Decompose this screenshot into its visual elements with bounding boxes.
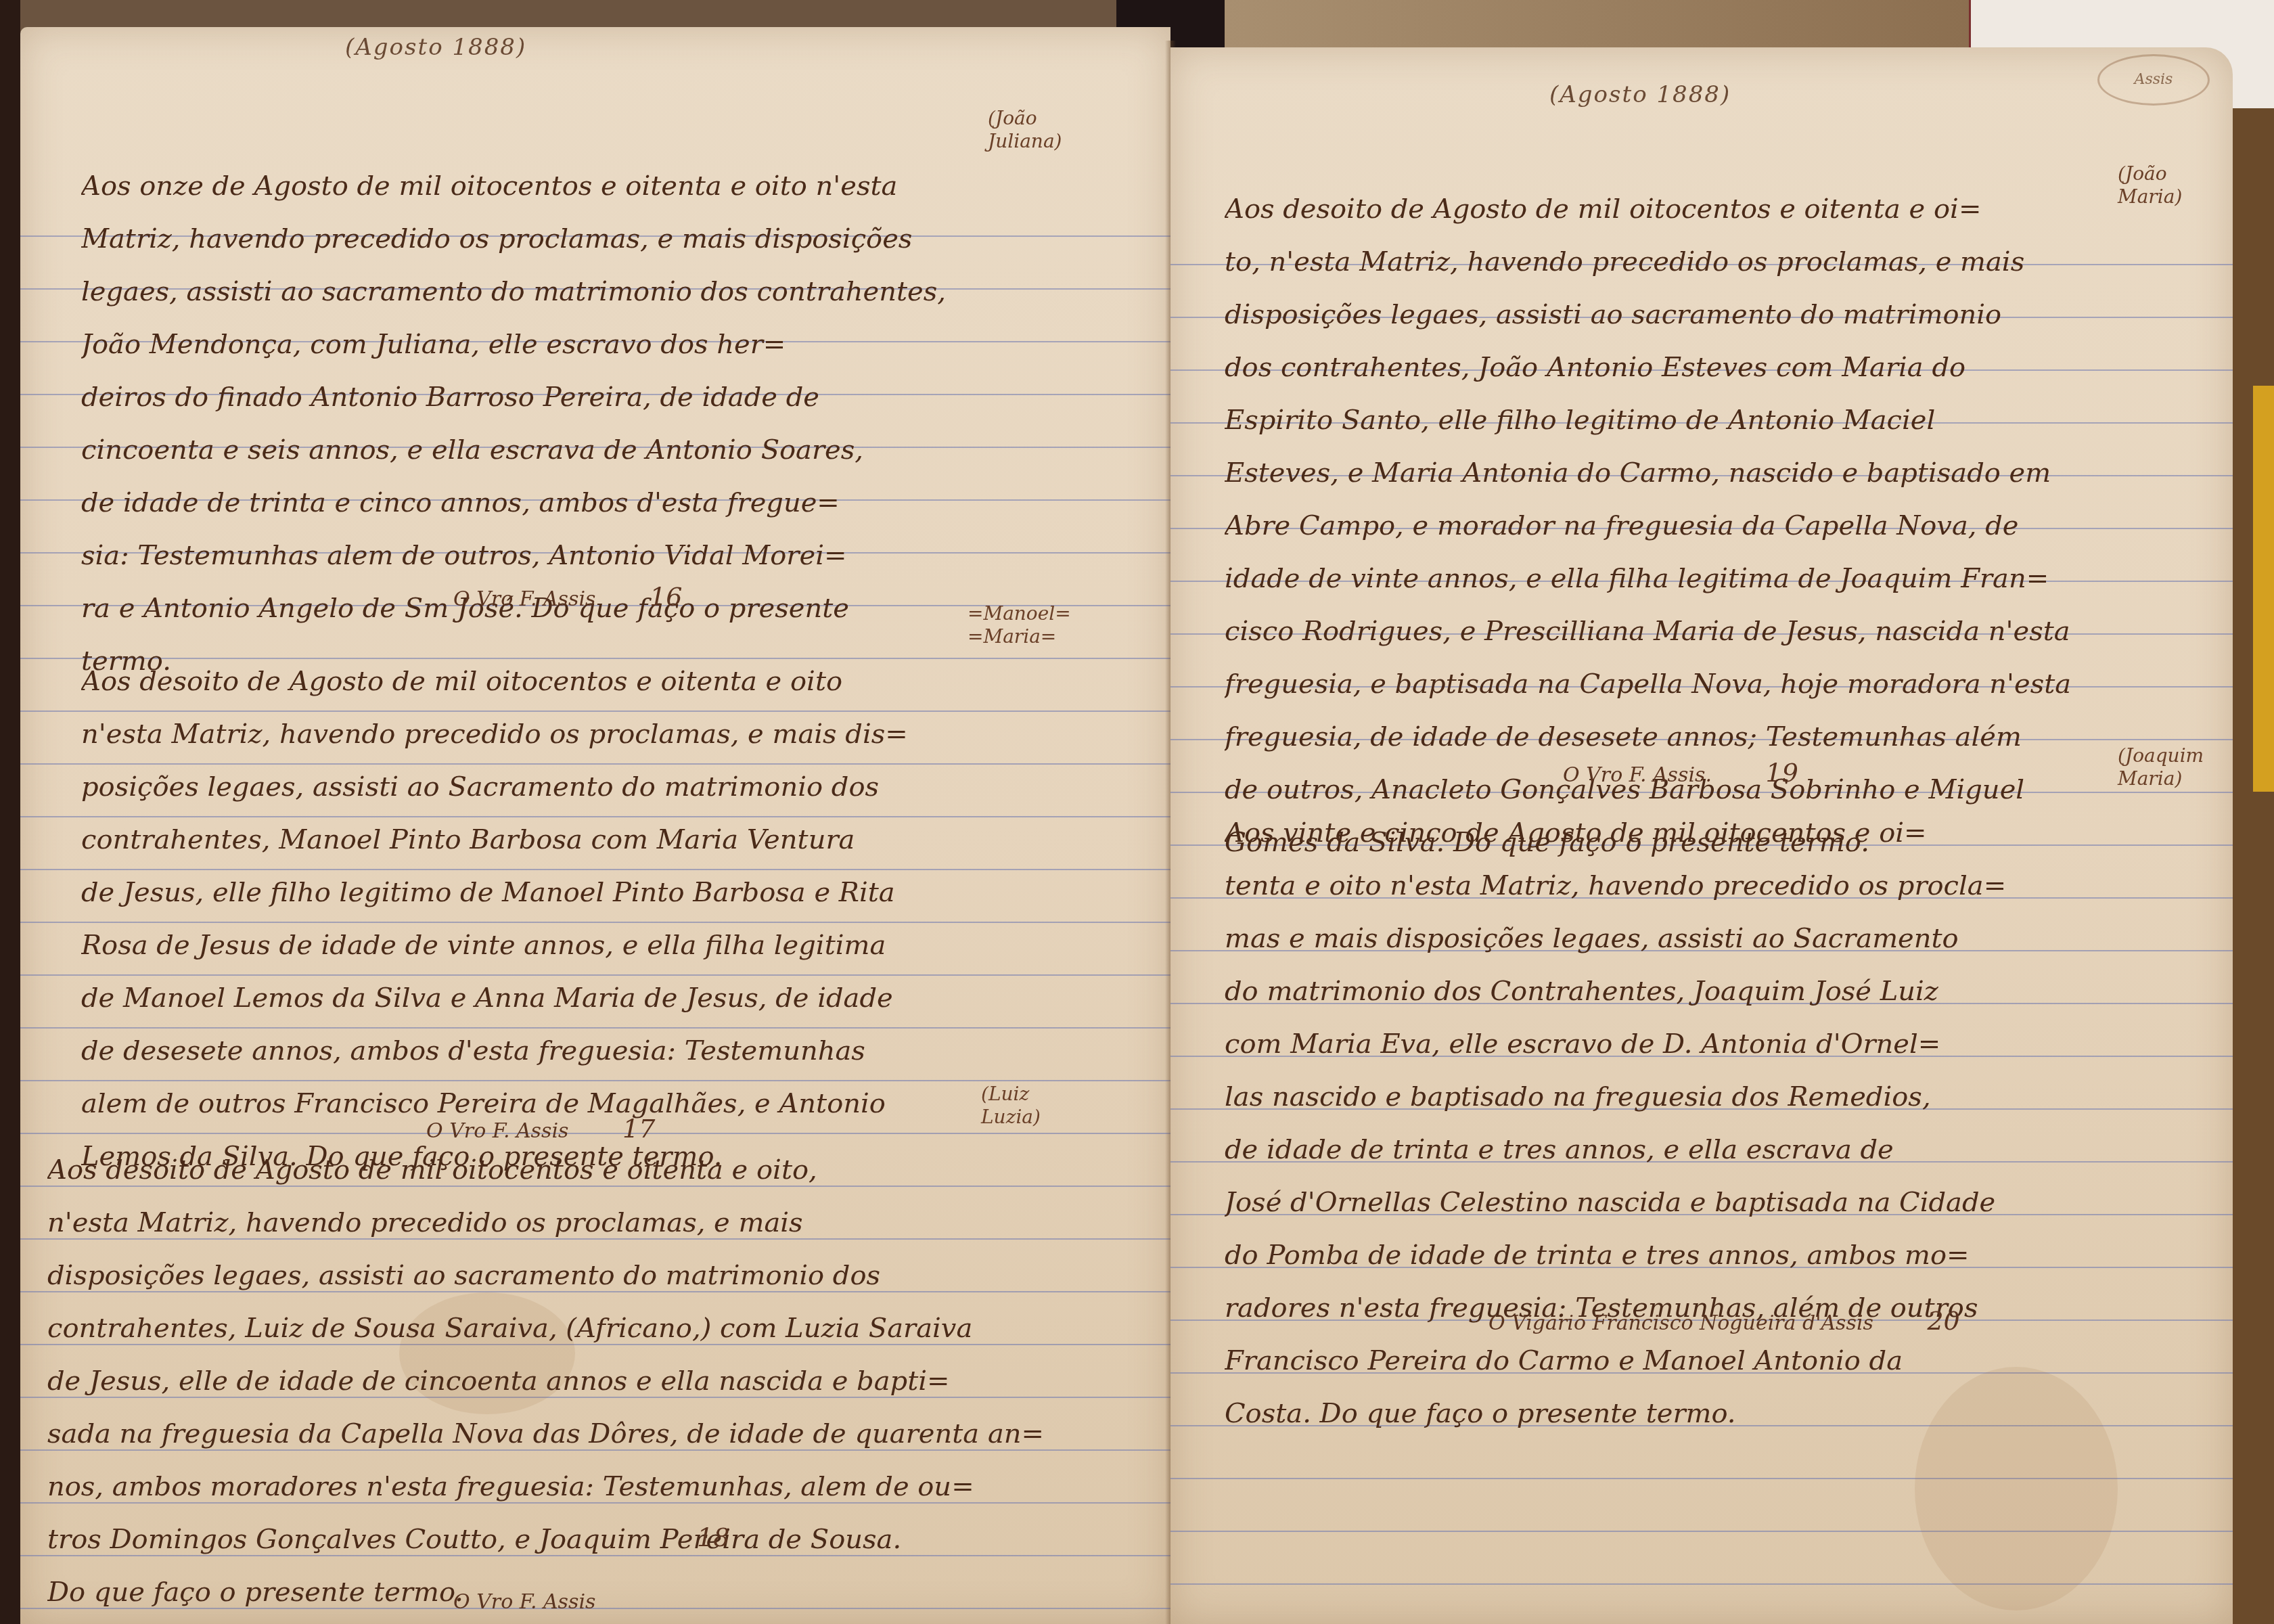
entry-line: freguesia, e baptisada na Capella Nova, … — [1225, 658, 2192, 710]
entry-number: 20 — [1927, 1306, 1959, 1336]
entry-line: tros Domingos Gonçalves Coutto, e Joaqui… — [47, 1513, 1130, 1566]
priest-signature: O Vro F. Assis — [453, 1590, 595, 1614]
entry-line: n'esta Matriz, havendo precedido os proc… — [81, 708, 1130, 761]
signature-17: O Vro F. Assis 17 — [426, 1114, 655, 1144]
entry-number: 16 — [650, 582, 682, 612]
entry-line: Aos desoito de Agosto de mil oitocentos … — [1225, 183, 2192, 235]
entry-line: legaes, assisti ao sacramento do matrimo… — [81, 265, 1130, 318]
entry-number: 17 — [622, 1114, 655, 1144]
margin-note-line: =Manoel= — [968, 602, 1071, 625]
entry-line: dos contrahentes, João Antonio Esteves c… — [1225, 341, 2192, 394]
entry-line: de Jesus, elle de idade de cincoenta ann… — [47, 1355, 1130, 1407]
book-cover-edge — [0, 0, 20, 1624]
margin-note-line: Maria) — [2118, 767, 2204, 790]
entry-line: sada na freguesia da Capella Nova das Dô… — [47, 1407, 1130, 1460]
entry-line: José d'Ornellas Celestino nascida e bapt… — [1225, 1176, 2192, 1229]
entry-line: freguesia, de idade de desesete annos; T… — [1225, 710, 2192, 763]
entry-line: de idade de trinta e tres annos, e ella … — [1225, 1123, 2192, 1176]
entry-line: tenta e oito n'esta Matriz, havendo prec… — [1225, 859, 2192, 912]
entry-line: contrahentes, Manoel Pinto Barbosa com M… — [81, 813, 1130, 866]
entry-line: to, n'esta Matriz, havendo precedido os … — [1225, 235, 2192, 288]
margin-note-line: (Luiz — [981, 1083, 1041, 1106]
background-card — [1969, 0, 2274, 54]
priest-signature: O Vro F. Assis — [453, 587, 595, 611]
entry-line: Aos onze de Agosto de mil oitocentos e o… — [81, 160, 1130, 212]
signature-16: O Vro F. Assis 16 — [453, 582, 682, 612]
entry-line: Aos desoito de Agosto de mil oitocentos … — [81, 655, 1130, 708]
register-entry-18: Aos desoito de Agosto de mil oitocentos … — [47, 1144, 1130, 1619]
entry-line: Rosa de Jesus de idade de vinte annos, e… — [81, 919, 1130, 972]
entry-line: Espirito Santo, elle filho legitimo de A… — [1225, 394, 2192, 447]
seal-stamp: Assis — [2097, 54, 2210, 106]
priest-signature: O Vigario Francisco Nogueira d'Assis — [1488, 1311, 1873, 1335]
entry-line: Francisco Pereira do Carmo e Manoel Anto… — [1225, 1334, 2192, 1387]
left-page: (Agosto 1888) (João Juliana) Aos onze de… — [20, 27, 1170, 1624]
signature-19: O Vro F. Assis. 19 — [1563, 758, 1798, 788]
entry-number: 19 — [1765, 758, 1798, 788]
entry-number-18: 18 — [697, 1522, 729, 1552]
background-edge — [2229, 108, 2274, 1624]
entry-line: de desesete annos, ambos d'esta freguesi… — [81, 1024, 1130, 1077]
entry-line: Aos vinte e cinco de Agosto de mil oitoc… — [1225, 807, 2192, 859]
entry-line: mas e mais disposições legaes, assisti a… — [1225, 912, 2192, 965]
margin-note: (Joaquim Maria) — [2118, 744, 2204, 790]
signature-18: O Vro F. Assis — [453, 1590, 595, 1614]
entry-line: Aos desoito de Agosto de mil oitocentos … — [47, 1144, 1130, 1196]
entry-line: nos, ambos moradores n'esta freguesia: T… — [47, 1460, 1130, 1513]
margin-note-line: Juliana) — [988, 130, 1062, 153]
margin-note-line: (João — [988, 107, 1062, 130]
entry-line: deiros do finado Antonio Barroso Pereira… — [81, 371, 1130, 424]
entry-line: Esteves, e Maria Antonia do Carmo, nasci… — [1225, 447, 2192, 499]
entry-line: com Maria Eva, elle escravo de D. Antoni… — [1225, 1018, 2192, 1070]
margin-note-line: (Joaquim — [2118, 744, 2204, 767]
entry-line: contrahentes, Luiz de Sousa Saraiva, (Af… — [47, 1302, 1130, 1355]
entry-line: de Jesus, elle filho legitimo de Manoel … — [81, 866, 1130, 919]
entry-line: do matrimonio dos Contrahentes, Joaquim … — [1225, 965, 2192, 1018]
margin-note-line: (João — [2118, 162, 2182, 185]
margin-note: =Manoel= =Maria= — [968, 602, 1071, 648]
background-yellow-object — [2253, 386, 2274, 792]
entry-line: Matriz, havendo precedido os proclamas, … — [81, 212, 1130, 265]
page-header-date: (Agosto 1888) — [345, 34, 526, 61]
entry-line: João Mendonça, com Juliana, elle escravo… — [81, 318, 1130, 371]
entry-line: Abre Campo, e morador na freguesia da Ca… — [1225, 499, 2192, 552]
entry-line: cincoenta e seis annos, e ella escrava d… — [81, 424, 1130, 476]
entry-line: sia: Testemunhas alem de outros, Antonio… — [81, 529, 1130, 582]
entry-line: cisco Rodrigues, e Prescilliana Maria de… — [1225, 605, 2192, 658]
entry-line: idade de vinte annos, e ella filha legit… — [1225, 552, 2192, 605]
margin-note-line: =Maria= — [968, 625, 1071, 648]
priest-signature: O Vro F. Assis. — [1563, 763, 1712, 787]
entry-line: las nascido e baptisado na freguesia dos… — [1225, 1070, 2192, 1123]
entry-line: disposições legaes, assisti ao sacrament… — [47, 1249, 1130, 1302]
entry-line: Costa. Do que faço o presente termo. — [1225, 1387, 2192, 1440]
margin-note-line: Luzia) — [981, 1106, 1041, 1129]
entry-line: n'esta Matriz, havendo precedido os proc… — [47, 1196, 1130, 1249]
register-entry-17: Aos desoito de Agosto de mil oitocentos … — [81, 655, 1130, 1183]
entry-line: de idade de trinta e cinco annos, ambos … — [81, 476, 1130, 529]
entry-line: posições legaes, assisti ao Sacramento d… — [81, 761, 1130, 813]
entry-line: de Manoel Lemos da Silva e Anna Maria de… — [81, 972, 1130, 1024]
page-header-date: (Agosto 1888) — [1549, 81, 1731, 108]
register-entry-20: Aos vinte e cinco de Agosto de mil oitoc… — [1225, 807, 2192, 1440]
entry-line: do Pomba de idade de trinta e tres annos… — [1225, 1229, 2192, 1282]
right-page: (Agosto 1888) Assis (João Maria) Aos des… — [1170, 47, 2233, 1624]
margin-note: (Luiz Luzia) — [981, 1083, 1041, 1129]
priest-signature: O Vro F. Assis — [426, 1119, 568, 1143]
margin-note: (João Juliana) — [988, 107, 1062, 153]
background-shelf — [1225, 0, 1969, 47]
signature-20: O Vigario Francisco Nogueira d'Assis 20 — [1488, 1306, 1960, 1336]
entry-line: disposições legaes, assisti ao sacrament… — [1225, 288, 2192, 341]
